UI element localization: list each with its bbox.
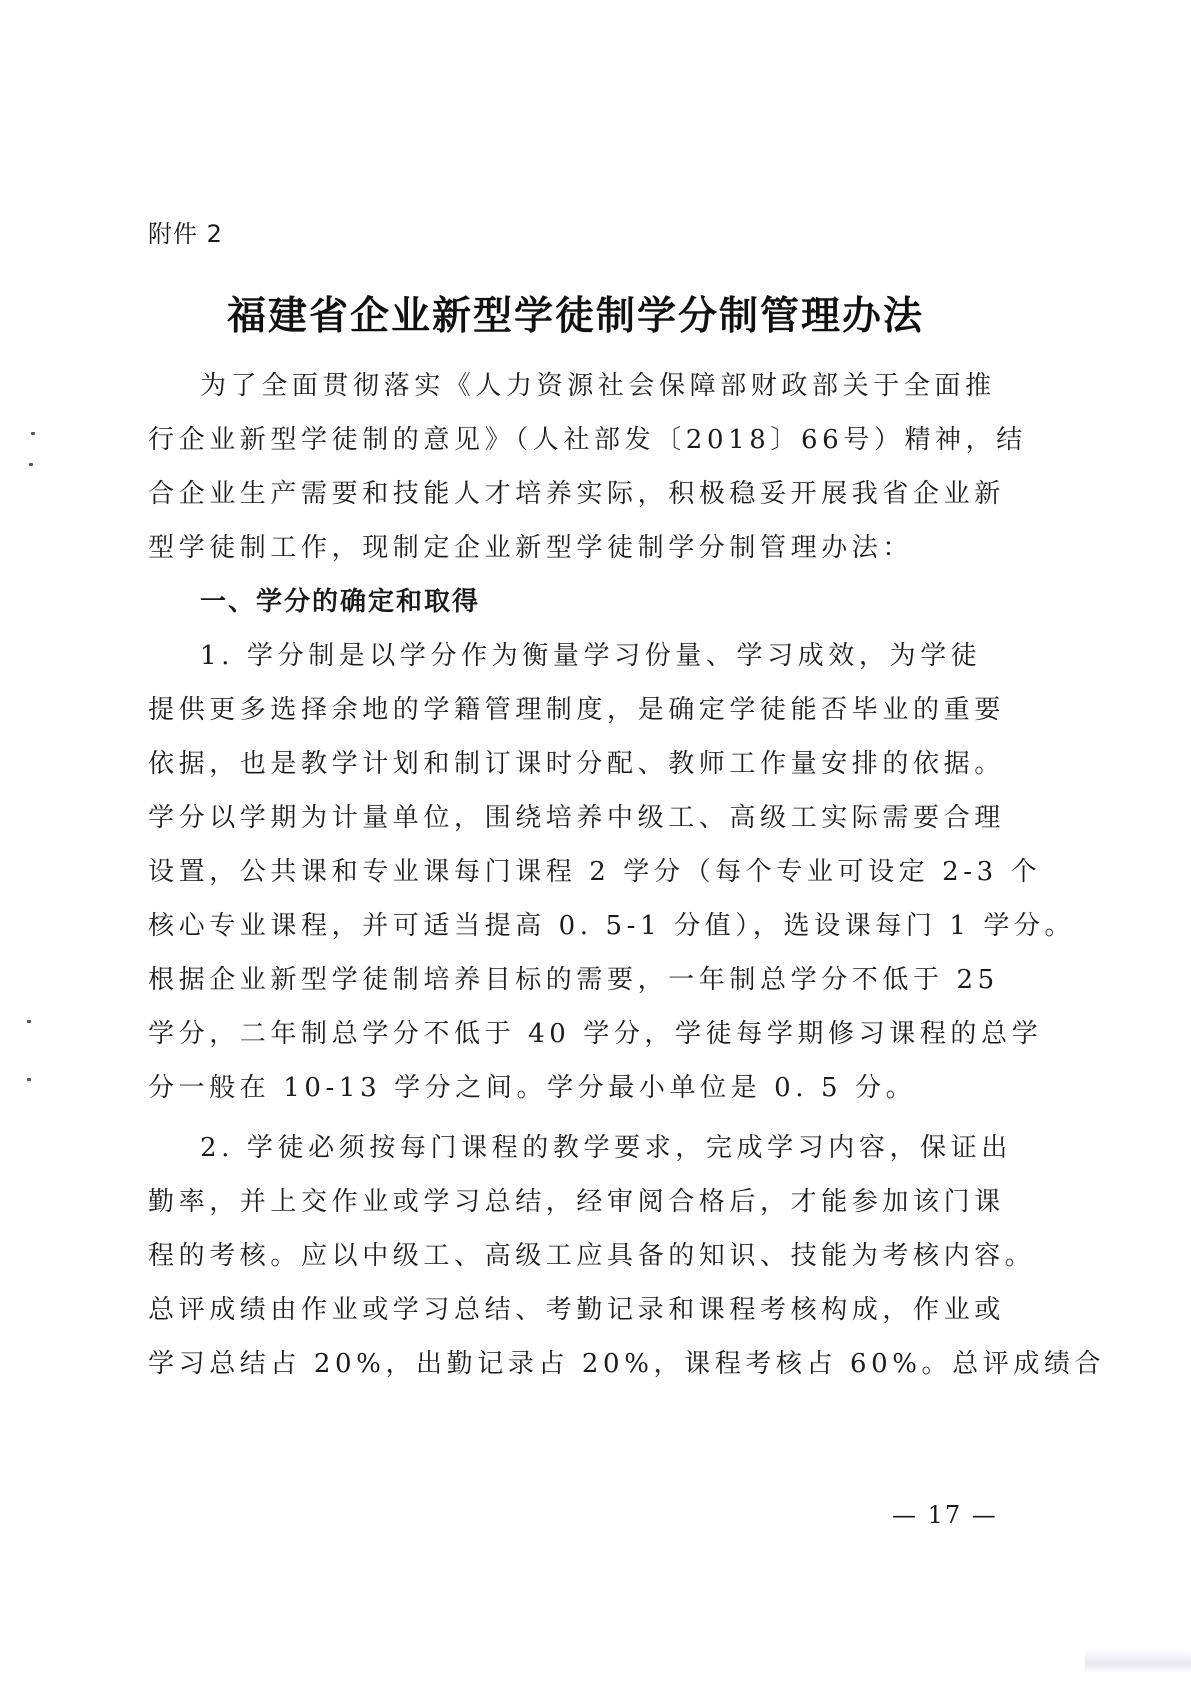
text-line: 学分，二年制总学分不低于 40 学分，学徒每学期修习课程的总学 — [148, 1018, 1048, 1050]
attachment-label: 附件 2 — [148, 214, 223, 249]
scan-margin-mark — [27, 1078, 31, 1081]
document-page: 附件 2 福建省企业新型学徒制学分制管理办法 为了全面贯彻落实《人力资源社会保障… — [0, 0, 1191, 1685]
text-line: 总评成绩由作业或学习总结、考勤记录和课程考核构成，作业或 — [148, 1294, 1048, 1326]
text-line: 1. 学分制是以学分作为衡量学习份量、学习成效，为学徒 — [200, 640, 1100, 672]
text-line: 勤率，并上交作业或学习总结，经审阅合格后，才能参加该门课 — [148, 1186, 1048, 1218]
text-line: 为了全面贯彻落实《人力资源社会保障部财政部关于全面推 — [200, 370, 1100, 402]
text-line: 学习总结占 20%，出勤记录占 20%，课程考核占 60%。总评成绩合 — [148, 1348, 1048, 1380]
text-line: 合企业生产需要和技能人才培养实际，积极稳妥开展我省企业新 — [148, 478, 1048, 510]
scan-margin-mark — [27, 1020, 31, 1023]
text-line: 核心专业课程，并可适当提高 0. 5-1 分值），选设课每门 1 学分。 — [148, 910, 1048, 942]
text-line: 设置，公共课和专业课每门课程 2 学分（每个专业可设定 2-3 个 — [148, 856, 1048, 888]
section-heading: 一、学分的确定和取得 — [200, 586, 480, 618]
text-line: 学分以学期为计量单位，围绕培养中级工、高级工实际需要合理 — [148, 802, 1048, 834]
text-line: 依据，也是教学计划和制订课时分配、教师工作量安排的依据。 — [148, 748, 1048, 780]
text-line: 提供更多选择余地的学籍管理制度，是确定学徒能否毕业的重要 — [148, 694, 1048, 726]
page-number: — 17 — — [892, 1501, 998, 1529]
text-line: 程的考核。应以中级工、高级工应具备的知识、技能为考核内容。 — [148, 1240, 1048, 1272]
text-line: 2. 学徒必须按每门课程的教学要求，完成学习内容，保证出 — [200, 1132, 1100, 1164]
scan-margin-mark — [31, 432, 35, 435]
text-line: 分一般在 10-13 学分之间。学分最小单位是 0. 5 分。 — [148, 1072, 1048, 1104]
text-line: 行企业新型学徒制的意见》（人社部发〔2018〕66号）精神，结 — [148, 424, 1048, 456]
document-title: 福建省企业新型学徒制学分制管理办法 — [0, 285, 1191, 341]
text-line: 根据企业新型学徒制培养目标的需要，一年制总学分不低于 25 — [148, 964, 1048, 996]
scan-margin-mark — [29, 463, 33, 466]
scan-artifact — [1085, 1650, 1191, 1672]
text-line: 型学徒制工作，现制定企业新型学徒制学分制管理办法： — [148, 532, 1048, 564]
